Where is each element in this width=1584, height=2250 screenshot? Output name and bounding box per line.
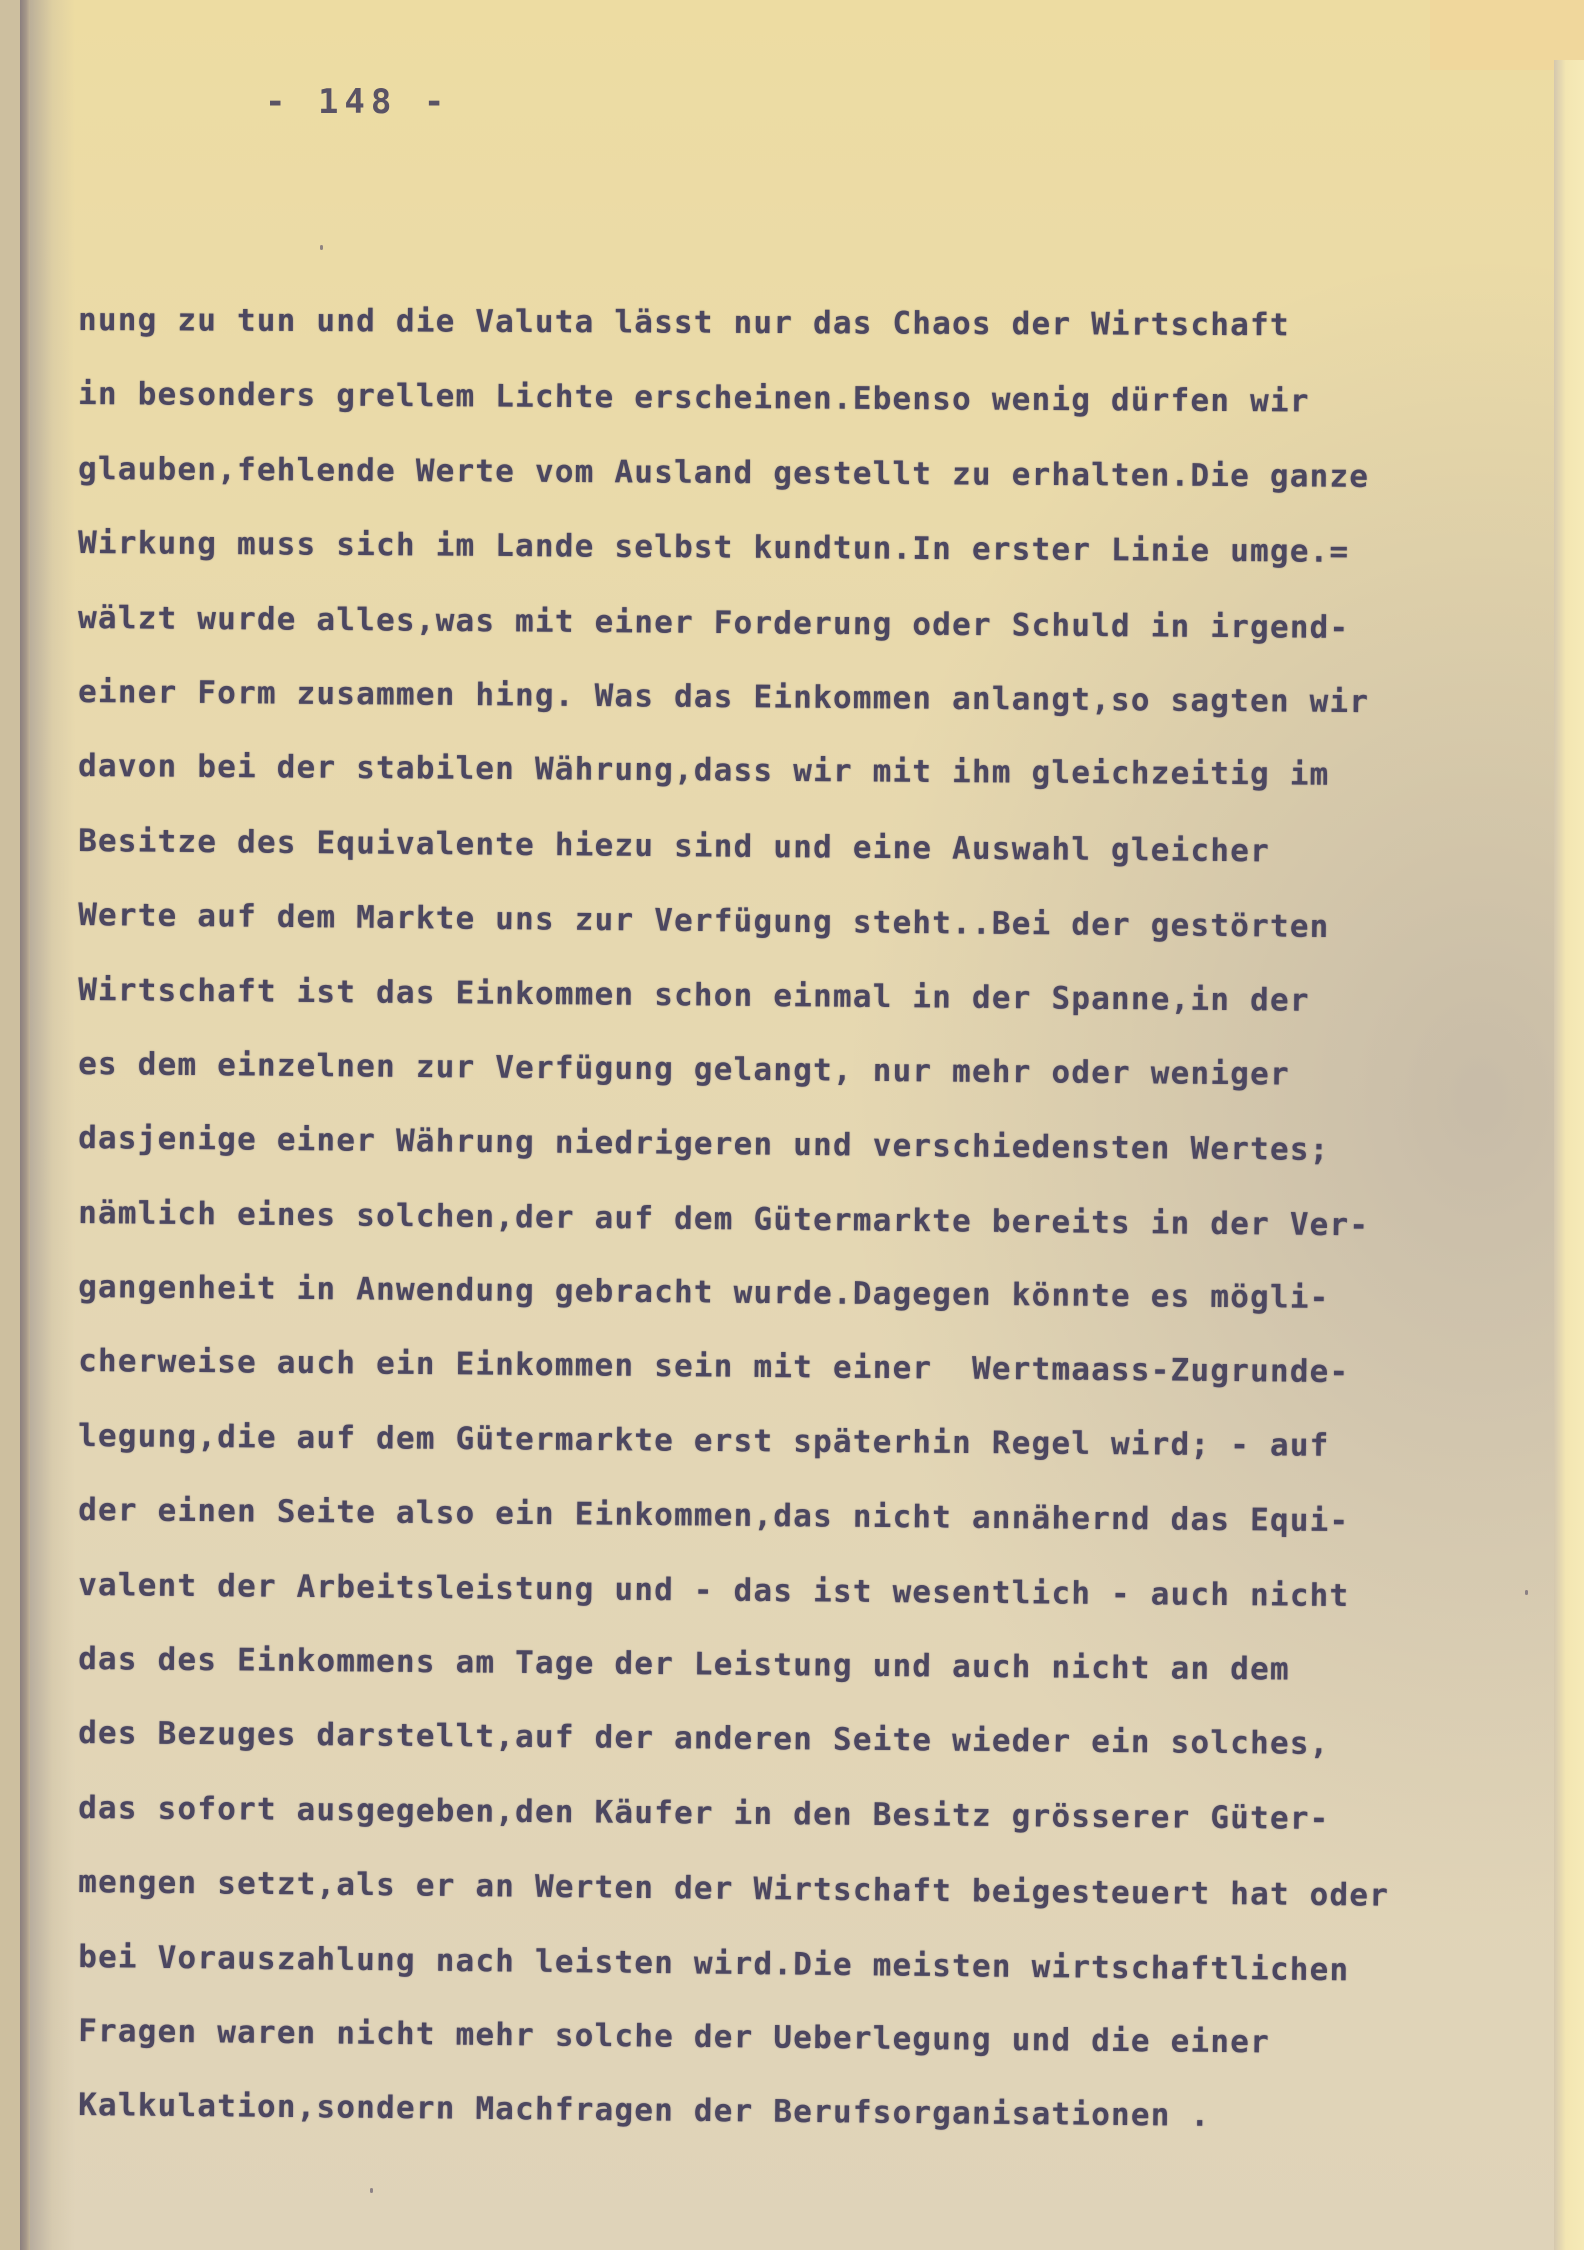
text-line: das des Einkommens am Tage der Leistung … — [78, 1639, 1559, 1726]
text-line: es dem einzelnen zur Verfügung gelangt, … — [78, 1044, 1559, 1131]
paper-speck — [320, 245, 323, 250]
text-line: gangenheit in Anwendung gebracht wurde.D… — [78, 1267, 1559, 1354]
text-line: in besonders grellem Lichte erscheinen.E… — [78, 374, 1558, 457]
text-line: das sofort ausgegeben,den Käufer in den … — [78, 1788, 1559, 1875]
paper-speck — [1525, 1590, 1528, 1595]
text-line: legung,die auf dem Gütermarkte erst spät… — [78, 1416, 1559, 1502]
text-line: des Bezuges darstellt,auf der anderen Se… — [78, 1713, 1559, 1800]
typewritten-page: - 148 - nung zu tun und die Valuta lässt… — [30, 0, 1554, 2250]
text-line: davon bei der stabilen Währung,dass wir … — [78, 746, 1558, 831]
text-line: Werte auf dem Markte uns zur Verfügung s… — [78, 895, 1559, 984]
page-right-edge — [1554, 60, 1584, 2250]
scan-background-left — [0, 0, 20, 2250]
page-body-text: nung zu tun und die Valuta lässt nur das… — [78, 300, 1558, 2160]
text-line: einer Form zusammen hing. Was das Einkom… — [78, 672, 1559, 758]
paper-speck — [370, 2188, 373, 2193]
page-gutter-shadow — [30, 0, 75, 2250]
text-line: Wirtschaft ist das Einkommen schon einma… — [78, 970, 1559, 1057]
text-line: der einen Seite also ein Einkommen,das n… — [78, 1490, 1559, 1577]
page-number: - 148 - — [265, 82, 450, 122]
text-line: nung zu tun und die Valuta lässt nur das… — [78, 300, 1558, 381]
text-line: glauben,fehlende Werte vom Ausland geste… — [78, 449, 1558, 532]
text-line: Kalkulation,sondern Machfragen der Beruf… — [78, 2085, 1559, 2174]
text-line: Wirkung muss sich im Lande selbst kundtu… — [78, 523, 1558, 608]
text-line: wälzt wurde alles,was mit einer Forderun… — [78, 598, 1559, 684]
book-binding-edge — [20, 0, 30, 2250]
text-line: Besitze des Equivalente hiezu sind und e… — [78, 821, 1559, 908]
text-line: dasjenige einer Währung niedrigeren und … — [78, 1118, 1559, 1207]
text-line: cherweise auch ein Einkommen sein mit ei… — [78, 1341, 1559, 1428]
text-line: valent der Arbeitsleistung und - das ist… — [78, 1565, 1559, 1652]
